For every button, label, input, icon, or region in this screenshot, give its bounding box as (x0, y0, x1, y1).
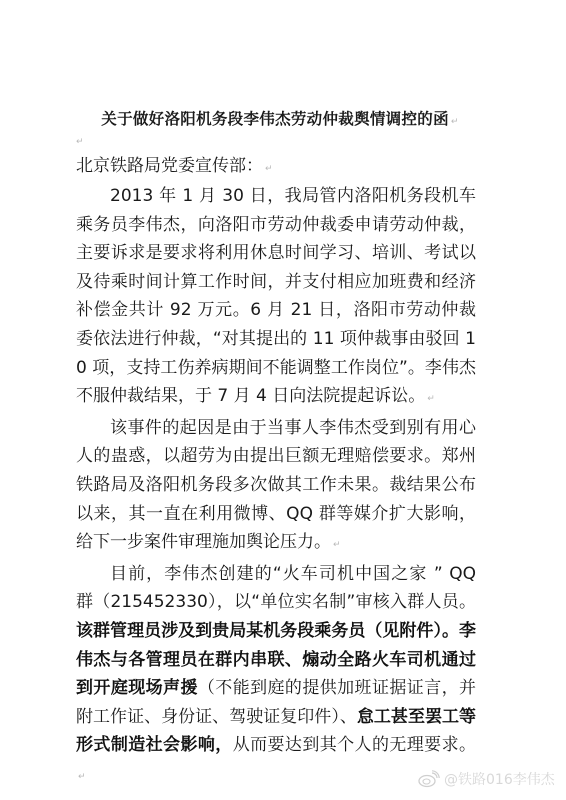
title-text: 关于做好洛阳机务段李伟杰劳动仲裁舆情调控的函 (101, 110, 449, 128)
paragraph-text: 2013 年 1 月 30 日，我局管内洛阳机务段机车乘务员李伟杰，向洛阳市劳动… (76, 186, 476, 406)
salutation: 北京铁路局党委宣传部：↵ (76, 152, 476, 182)
paragraph-text: 目前，李伟杰创建的“火车司机中国之家 ” QQ 群（215452330），以“单… (76, 564, 476, 613)
weibo-watermark: @铁路016李伟杰 (418, 769, 555, 789)
paragraph-mark-icon: ↵ (78, 772, 86, 782)
document-title: 关于做好洛阳机务段李伟杰劳动仲裁舆情调控的函↵ (84, 106, 476, 132)
paragraph-mark-icon: ↵ (451, 117, 459, 127)
paragraph-1: 2013 年 1 月 30 日，我局管内洛阳机务段机车乘务员李伟杰，向洛阳市劳动… (76, 182, 476, 414)
paragraph-mark-icon: ↵ (333, 540, 341, 550)
paragraph-text: 该事件的起因是由于当事人李伟杰受到别有用心人的蛊惑，以超劳为由提出巨额无理赔偿要… (76, 418, 476, 552)
paragraph-3: 目前，李伟杰创建的“火车司机中国之家 ” QQ 群（215452330），以“单… (76, 560, 476, 792)
salutation-text: 北京铁路局党委宣传部： (76, 156, 263, 176)
paragraph-text: 从而要达到其个人的无理要求。 (233, 735, 476, 755)
paragraph-2: 该事件的起因是由于当事人李伟杰受到别有用心人的蛊惑，以超劳为由提出巨额无理赔偿要… (76, 414, 476, 560)
weibo-icon (418, 770, 440, 788)
paragraph-mark-icon: ↵ (265, 164, 273, 174)
paragraph-mark-icon: ↵ (427, 394, 435, 404)
watermark-text: @铁路016李伟杰 (444, 769, 555, 789)
blank-line: ↵ (76, 132, 476, 152)
paragraph-mark-icon: ↵ (76, 137, 84, 147)
document-page: 关于做好洛阳机务段李伟杰劳动仲裁舆情调控的函↵ ↵ 北京铁路局党委宣传部：↵ 2… (76, 106, 476, 791)
